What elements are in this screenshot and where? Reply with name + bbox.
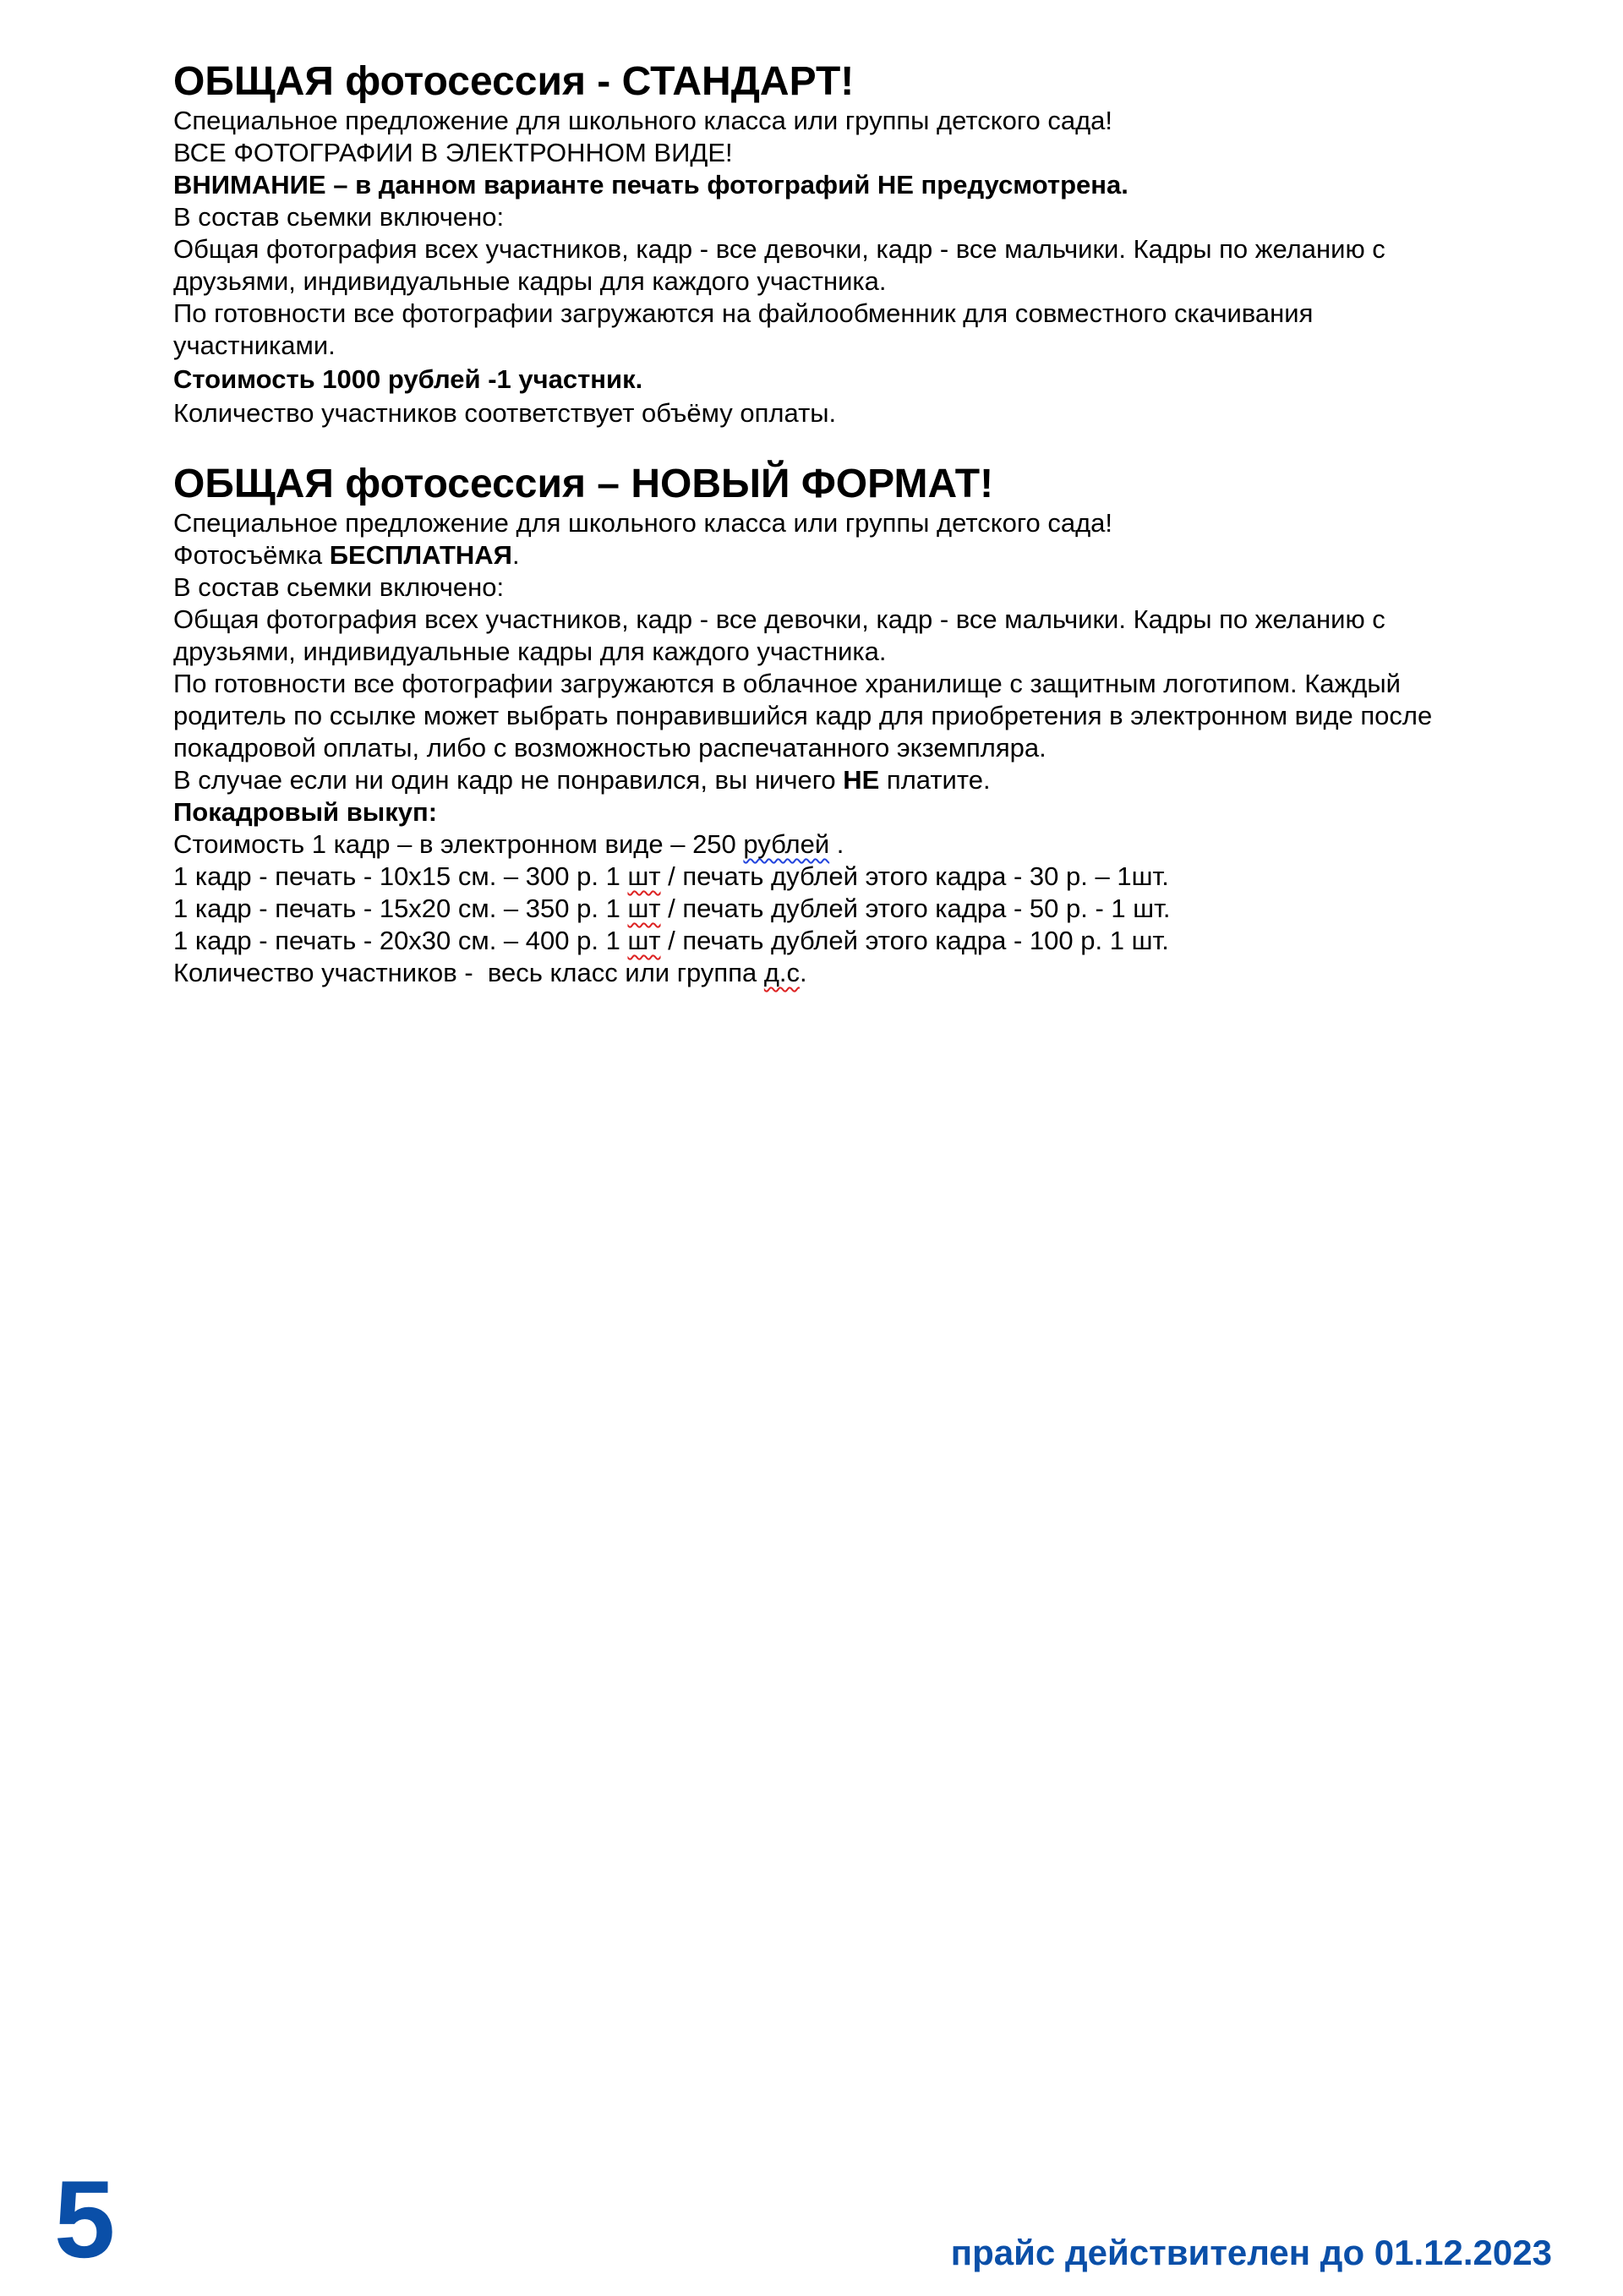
included-text: Общая фотография всех участников, кадр -… bbox=[173, 604, 1543, 636]
print-price-prefix: 1 кадр - печать - 10х15 см. – 300 р. 1 bbox=[173, 861, 627, 891]
digital-price-suffix: . bbox=[829, 829, 844, 859]
participants-suffix: . bbox=[800, 958, 807, 987]
delivery-text: По готовности все фотографии загружаются… bbox=[173, 298, 1543, 330]
section-title: ОБЩАЯ фотосессия – НОВЫЙ ФОРМАТ! bbox=[173, 462, 1543, 507]
included-text-cont: друзьями, индивидуальные кадры для каждо… bbox=[173, 636, 1543, 668]
offer-text: Специальное предложение для школьного кл… bbox=[173, 507, 1543, 539]
delivery-text-cont: участниками. bbox=[173, 330, 1543, 362]
included-text: Общая фотография всех участников, кадр -… bbox=[173, 233, 1543, 265]
delivery-text: По готовности все фотографии загружаются… bbox=[173, 668, 1543, 700]
free-shoot-prefix: Фотосъёмка bbox=[173, 540, 330, 570]
free-shoot-suffix: . bbox=[512, 540, 520, 570]
print-price-row: 1 кадр - печать - 10х15 см. – 300 р. 1 ш… bbox=[173, 861, 1543, 893]
participants-prefix: Количество участников - весь класс или г… bbox=[173, 958, 764, 987]
price-validity-note: прайс действителен до 01.12.2023 bbox=[951, 2232, 1552, 2274]
print-price-prefix: 1 кадр - печать - 20х30 см. – 400 р. 1 bbox=[173, 926, 627, 955]
free-shoot-emphasis: БЕСПЛАТНАЯ bbox=[330, 540, 512, 570]
print-price-suffix: / печать дублей этого кадра - 100 р. 1 ш… bbox=[661, 926, 1169, 955]
print-price-suffix: / печать дублей этого кадра - 30 р. – 1ш… bbox=[661, 861, 1169, 891]
print-price-prefix: 1 кадр - печать - 15х20 см. – 350 р. 1 bbox=[173, 894, 627, 923]
digital-price-prefix: Стоимость 1 кадр – в электронном виде – … bbox=[173, 829, 743, 859]
participants-text: Количество участников соответствует объё… bbox=[173, 397, 1543, 429]
print-price-unit: шт bbox=[627, 861, 660, 891]
included-text-cont: друзьями, индивидуальные кадры для каждо… bbox=[173, 265, 1543, 298]
section-new-format: ОБЩАЯ фотосессия – НОВЫЙ ФОРМАТ! Специал… bbox=[173, 462, 1543, 989]
print-price-unit: шт bbox=[627, 926, 660, 955]
participants-text: Количество участников - весь класс или г… bbox=[173, 957, 1543, 989]
all-digital-text: ВСЕ ФОТОГРАФИИ В ЭЛЕКТРОННОМ ВИДЕ! bbox=[173, 137, 1543, 169]
free-shoot-text: Фотосъёмка БЕСПЛАТНАЯ. bbox=[173, 539, 1543, 571]
included-label: В состав сьемки включено: bbox=[173, 201, 1543, 233]
participants-abbr: д.с bbox=[764, 958, 800, 987]
buyout-label: Покадровый выкуп: bbox=[173, 796, 1543, 828]
digital-price-text: Стоимость 1 кадр – в электронном виде – … bbox=[173, 828, 1543, 861]
print-price-row: 1 кадр - печать - 15х20 см. – 350 р. 1 ш… bbox=[173, 893, 1543, 925]
included-label: В состав сьемки включено: bbox=[173, 571, 1543, 604]
offer-text: Специальное предложение для школьного кл… bbox=[173, 105, 1543, 137]
warning-text: ВНИМАНИЕ – в данном варианте печать фото… bbox=[173, 169, 1543, 201]
print-price-row: 1 кадр - печать - 20х30 см. – 400 р. 1 ш… bbox=[173, 925, 1543, 957]
delivery-text-cont: родитель по ссылке может выбрать понрави… bbox=[173, 700, 1543, 732]
delivery-text-cont2: покадровой оплаты, либо с возможностью р… bbox=[173, 732, 1543, 764]
price-text: Стоимость 1000 рублей -1 участник. bbox=[173, 364, 1543, 396]
digital-price-word: рублей bbox=[743, 829, 829, 859]
print-price-unit: шт bbox=[627, 894, 660, 923]
no-pay-prefix: В случае если ни один кадр не понравился… bbox=[173, 765, 843, 795]
no-pay-emphasis: НЕ bbox=[843, 765, 879, 795]
print-price-suffix: / печать дублей этого кадра - 50 р. - 1 … bbox=[661, 894, 1171, 923]
no-pay-text: В случае если ни один кадр не понравился… bbox=[173, 764, 1543, 796]
section-standard: ОБЩАЯ фотосессия - СТАНДАРТ! Специальное… bbox=[173, 59, 1543, 429]
no-pay-suffix: платите. bbox=[879, 765, 990, 795]
document-body: ОБЩАЯ фотосессия - СТАНДАРТ! Специальное… bbox=[173, 59, 1543, 989]
section-title: ОБЩАЯ фотосессия - СТАНДАРТ! bbox=[173, 59, 1543, 105]
page-number: 5 bbox=[54, 2164, 115, 2274]
